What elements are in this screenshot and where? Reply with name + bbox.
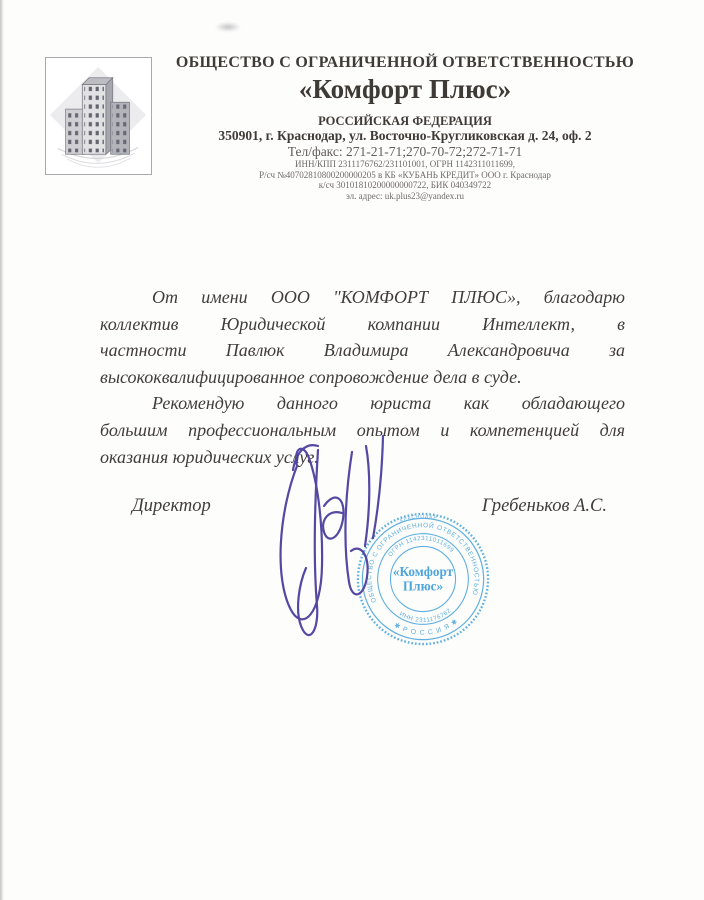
corr-account-line: к/сч 30101810200000000722, БИК 040349722 <box>168 180 642 191</box>
letter-line: От имени ООО "КОМФОРТ ПЛЮС», благодарю <box>100 284 625 311</box>
company-logo <box>45 57 152 175</box>
handwritten-signature <box>255 428 425 640</box>
address-line: 350901, г. Краснодар, ул. Восточно-Кругл… <box>168 128 642 144</box>
phone-line: Тел/факс: 271-21-71;270-70-72;272-71-71 <box>168 144 642 159</box>
scan-smudge <box>215 22 241 32</box>
country-line: РОССИЙСКАЯ ФЕДЕРАЦИЯ <box>168 114 642 128</box>
letter-line: высококвалифицированное сопровождение де… <box>100 364 625 391</box>
signer-name: Гребеньков А.С. <box>482 496 607 517</box>
buildings-icon <box>46 58 151 174</box>
scan-edge-shadow <box>0 0 4 900</box>
letter-line: коллектив Юридической компании Интеллект… <box>100 311 625 338</box>
org-type-line: ОБЩЕСТВО С ОГРАНИЧЕННОЙ ОТВЕТСТВЕННОСТЬЮ <box>168 53 642 72</box>
bank-account-line: Р/сч №40702810800200000205 в КБ «КУБАНЬ … <box>168 170 642 181</box>
inn-line: ИНН/КПП 2311176762/231101001, ОГРН 11423… <box>168 159 642 170</box>
email-line: эл. адрес: uk.plus23@yandex.ru <box>168 191 642 202</box>
letter-line: Рекомендую данного юриста как обладающег… <box>100 390 625 417</box>
letterhead: ОБЩЕСТВО С ОГРАНИЧЕННОЙ ОТВЕТСТВЕННОСТЬЮ… <box>168 53 642 201</box>
letter-line: частности Павлюк Владимира Александрович… <box>100 337 625 364</box>
org-name: «Комфорт Плюс» <box>168 74 642 105</box>
director-title: Директор <box>132 496 211 517</box>
scanned-letter-page: ОБЩЕСТВО С ОГРАНИЧЕННОЙ ОТВЕТСТВЕННОСТЬЮ… <box>0 0 704 900</box>
